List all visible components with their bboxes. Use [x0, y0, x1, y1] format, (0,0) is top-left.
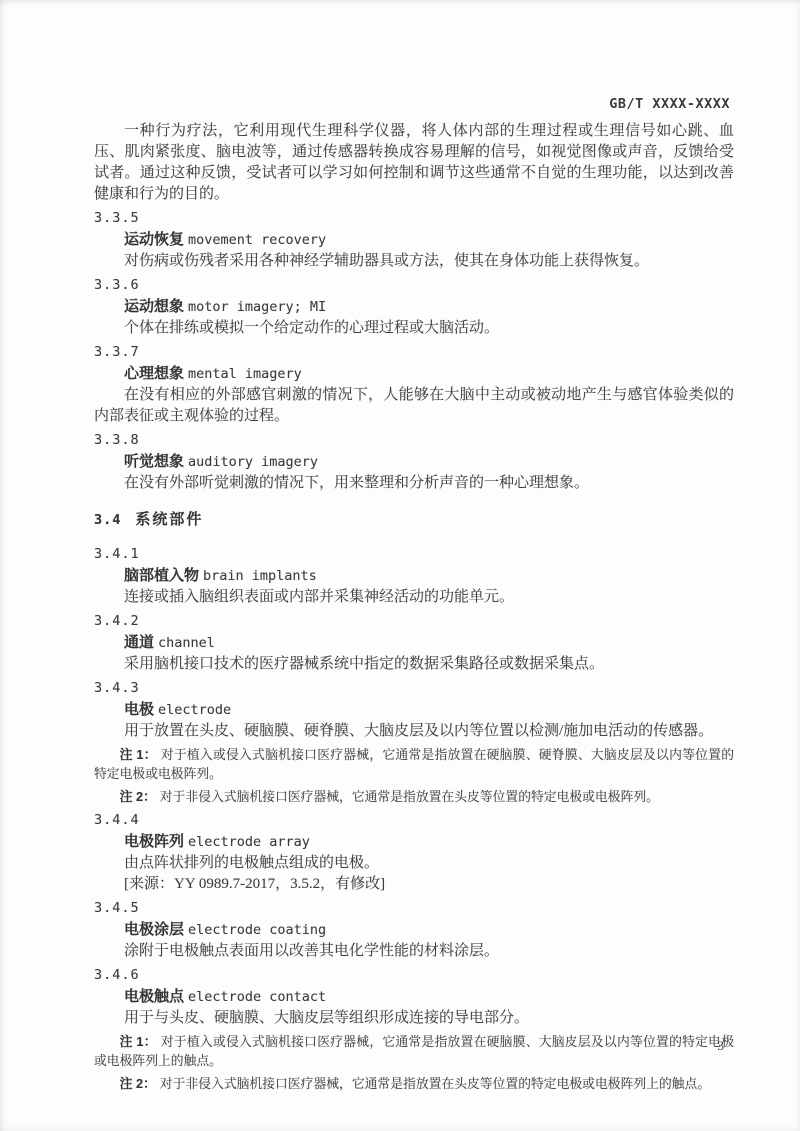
term-line: 运动想象motor imagery; MI [94, 296, 734, 318]
note-label: 注 2： [120, 1076, 156, 1091]
clause-number: 3.4.1 [94, 544, 734, 565]
term-zh: 通道 [124, 634, 154, 651]
document-body: 一种行为疗法，它利用现代生理科学仪器，将人体内部的生理过程或生理信号如心跳、血压… [94, 121, 734, 1097]
clause-number: 3.3.6 [94, 275, 734, 296]
clause-number: 3.3.5 [94, 208, 734, 229]
clause-number: 3.4.4 [94, 810, 734, 831]
note: 注 1：对于植入或侵入式脑机接口医疗器械，它通常是指放置在硬脑膜、硬脊膜、大脑皮… [94, 745, 734, 784]
document-page: GB/T XXXX-XXXX 一种行为疗法，它利用现代生理科学仪器，将人体内部的… [0, 0, 800, 1131]
note: 注 2：对于非侵入式脑机接口医疗器械，它通常是指放置在头皮等位置的特定电极或电极… [94, 1074, 734, 1094]
section-heading-title: 系统部件 [135, 511, 203, 528]
definition: 用于与头皮、硬脑膜、大脑皮层等组织形成连接的导电部分。 [94, 1008, 734, 1029]
clause-number: 3.4.5 [94, 898, 734, 919]
note-label: 注 2： [120, 789, 156, 804]
note-text: 对于植入或侵入式脑机接口医疗器械，它通常是指放置在硬脑膜、硬脊膜、大脑皮层及以内… [94, 748, 734, 781]
term-line: 心理想象mental imagery [94, 363, 734, 385]
term-line: 通道channel [94, 632, 734, 654]
paragraph: 一种行为疗法，它利用现代生理科学仪器，将人体内部的生理过程或生理信号如心跳、血压… [94, 121, 734, 205]
term-line: 电极触点electrode contact [94, 986, 734, 1008]
note-text: 对于非侵入式脑机接口医疗器械，它通常是指放置在头皮等位置的特定电极或电极阵列上的… [160, 1077, 710, 1091]
clause-number: 3.3.8 [94, 430, 734, 451]
definition: 对伤病或伤残者采用各种神经学辅助器具或方法，使其在身体功能上获得恢复。 [94, 251, 734, 272]
definition: 涂附于电极触点表面用以改善其电化学性能的材料涂层。 [94, 941, 734, 962]
note-label: 注 1： [120, 1034, 157, 1049]
term-zh: 听觉想象 [124, 453, 184, 470]
section-heading-number: 3.4 [94, 512, 121, 528]
term-zh: 运动想象 [124, 298, 184, 315]
section-heading: 3.4系统部件 [94, 509, 734, 531]
standard-number-header: GB/T XXXX-XXXX [609, 96, 730, 112]
term-en: auditory imagery [188, 454, 318, 470]
page-number: 3 [718, 1038, 725, 1054]
definition: 在没有外部听觉刺激的情况下，用来整理和分析声音的一种心理想象。 [94, 473, 734, 494]
term-en: mental imagery [188, 366, 302, 382]
term-zh: 脑部植入物 [124, 567, 199, 584]
definition: 个体在排练或模拟一个给定动作的心理过程或大脑活动。 [94, 318, 734, 339]
term-en: movement recovery [188, 232, 326, 248]
term-line: 电极涂层electrode coating [94, 919, 734, 941]
note-label: 注 1： [120, 747, 157, 762]
term-en: brain implants [203, 568, 317, 584]
term-zh: 心理想象 [124, 365, 184, 382]
term-zh: 电极阵列 [124, 833, 184, 850]
term-en: motor imagery; MI [188, 299, 326, 315]
definition: 连接或插入脑组织表面或内部并采集神经活动的功能单元。 [94, 587, 734, 608]
definition: 在没有相应的外部感官刺激的情况下，人能够在大脑中主动或被动地产生与感官体验类似的… [94, 385, 734, 427]
note-text: 对于非侵入式脑机接口医疗器械，它通常是指放置在头皮等位置的特定电极或电极阵列。 [160, 790, 659, 804]
term-line: 电极阵列electrode array [94, 831, 734, 853]
note-text: 对于植入或侵入式脑机接口医疗器械，它通常是指放置在硬脑膜、大脑皮层及以内等位置的… [94, 1035, 734, 1068]
term-en: electrode [158, 702, 231, 718]
definition: 用于放置在头皮、硬脑膜、硬脊膜、大脑皮层及以内等位置以检测/施加电活动的传感器。 [94, 721, 734, 742]
term-line: 脑部植入物brain implants [94, 565, 734, 587]
term-line: 电极electrode [94, 699, 734, 721]
term-zh: 电极涂层 [124, 921, 184, 938]
term-zh: 电极触点 [124, 988, 184, 1005]
note: 注 2：对于非侵入式脑机接口医疗器械，它通常是指放置在头皮等位置的特定电极或电极… [94, 787, 734, 807]
clause-number: 3.4.6 [94, 965, 734, 986]
definition: 采用脑机接口技术的医疗器械系统中指定的数据采集路径或数据采集点。 [94, 654, 734, 675]
term-en: electrode array [188, 834, 310, 850]
note: 注 1：对于植入或侵入式脑机接口医疗器械，它通常是指放置在硬脑膜、大脑皮层及以内… [94, 1032, 734, 1071]
clause-number: 3.4.3 [94, 678, 734, 699]
definition: 由点阵状排列的电极触点组成的电极。 [94, 853, 734, 874]
clause-number: 3.3.7 [94, 342, 734, 363]
term-line: 运动恢复movement recovery [94, 229, 734, 251]
term-en: channel [158, 635, 215, 651]
source-line: [来源：YY 0989.7-2017，3.5.2，有修改] [94, 874, 734, 895]
term-en: electrode coating [188, 922, 326, 938]
clause-number: 3.4.2 [94, 611, 734, 632]
term-en: electrode contact [188, 989, 326, 1005]
term-zh: 电极 [124, 701, 154, 718]
term-line: 听觉想象auditory imagery [94, 451, 734, 473]
term-zh: 运动恢复 [124, 231, 184, 248]
